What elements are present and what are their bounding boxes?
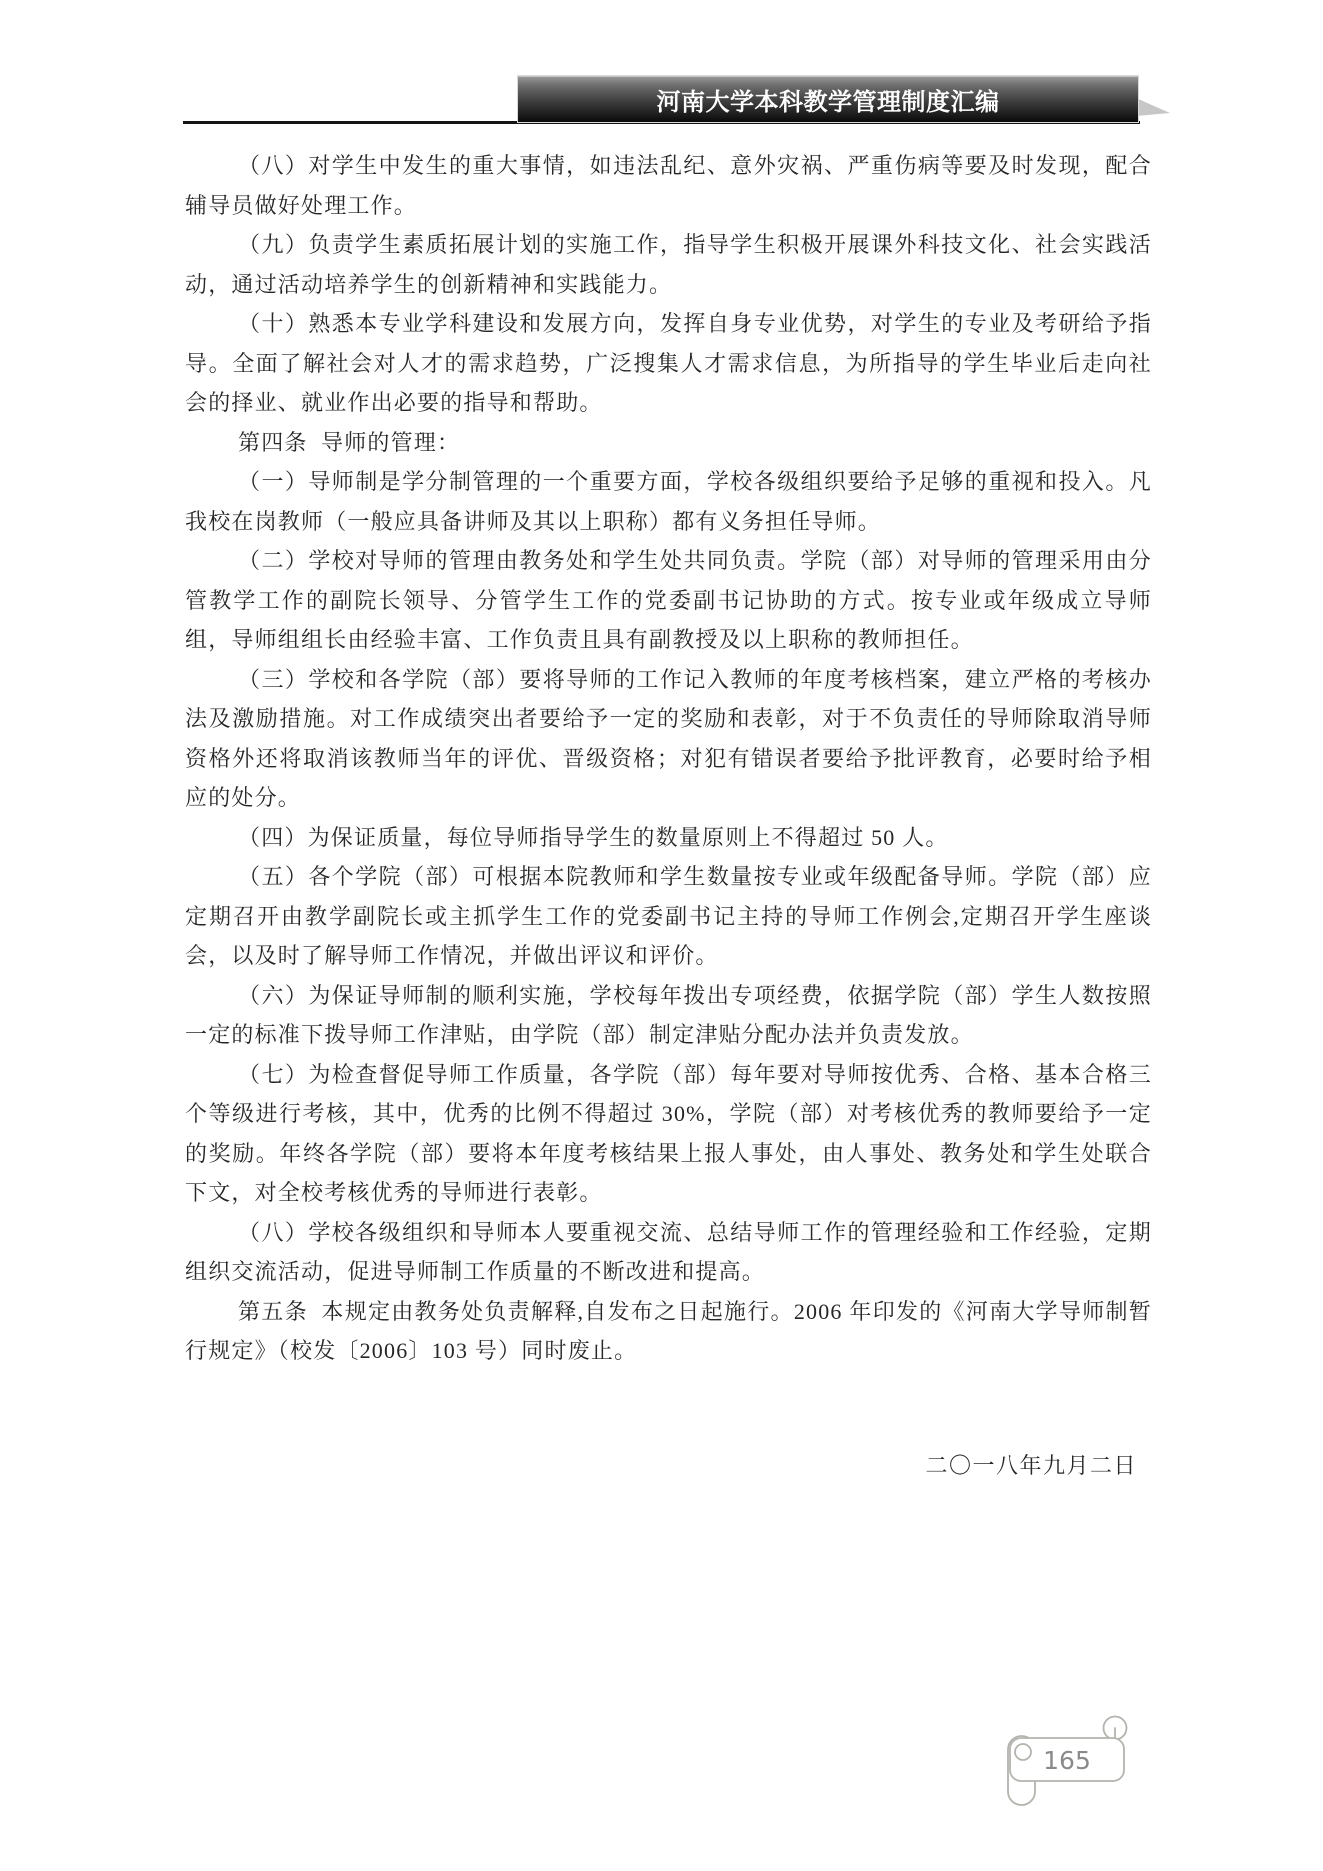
paragraph-clause-5: （五）各个学院（部）可根据本院教师和学生数量按专业或年级配备导师。学院（部）应定… <box>185 857 1152 976</box>
paragraph-clause-7: （七）为检查督促导师工作质量，各学院（部）每年要对导师按优秀、合格、基本合格三个… <box>185 1055 1152 1213</box>
signature-date: 二〇一八年九月二日 <box>925 1449 1137 1480</box>
paragraph-item-10: （十）熟悉本专业学科建设和发展方向，发挥自身专业优势，对学生的专业及考研给予指导… <box>185 304 1152 423</box>
page-title: 河南大学本科教学管理制度汇编 <box>657 82 1000 117</box>
paragraph-clause-1: （一）导师制是学分制管理的一个重要方面，学校各级组织要给予足够的重视和投入。凡我… <box>185 462 1152 541</box>
paragraph-clause-3: （三）学校和各学院（部）要将导师的工作记入教师的年度考核档案，建立严格的考核办法… <box>185 660 1152 818</box>
header-banner: 河南大学本科教学管理制度汇编 <box>517 75 1139 123</box>
right-arrow-icon <box>1136 97 1172 122</box>
paragraph-clause-8: （八）学校各级组织和导师本人要重视交流、总结导师工作的管理经验和工作经验，定期组… <box>185 1213 1152 1292</box>
paragraph-clause-6: （六）为保证导师制的顺利实施，学校每年拨出专项经费，依据学院（部）学生人数按照一… <box>185 976 1152 1055</box>
article-4-heading: 第四条 导师的管理： <box>185 423 1152 463</box>
article-5-paragraph: 第五条 本规定由教务处负责解释,自发布之日起施行。2006 年印发的《河南大学导… <box>185 1292 1152 1371</box>
page-number: 165 <box>1043 1746 1091 1775</box>
paragraph-item-8: （八）对学生中发生的重大事情，如违法乱纪、意外灾祸、严重伤病等要及时发现，配合辅… <box>185 146 1152 225</box>
paragraph-clause-4: （四）为保证质量，每位导师指导学生的数量原则上不得超过 50 人。 <box>185 818 1152 858</box>
paragraph-item-9: （九）负责学生素质拓展计划的实施工作，指导学生积极开展课外科技文化、社会实践活动… <box>185 225 1152 304</box>
paragraph-clause-2: （二）学校对导师的管理由教务处和学生处共同负责。学院（部）对导师的管理采用由分管… <box>185 541 1152 660</box>
scroll-banner-icon: 165 <box>1003 1711 1133 1811</box>
document-body: （八）对学生中发生的重大事情，如违法乱纪、意外灾祸、严重伤病等要及时发现，配合辅… <box>185 146 1152 1371</box>
document-page: { "header": { "title": "河南大学本科教学管理制度汇编" … <box>0 0 1323 1871</box>
